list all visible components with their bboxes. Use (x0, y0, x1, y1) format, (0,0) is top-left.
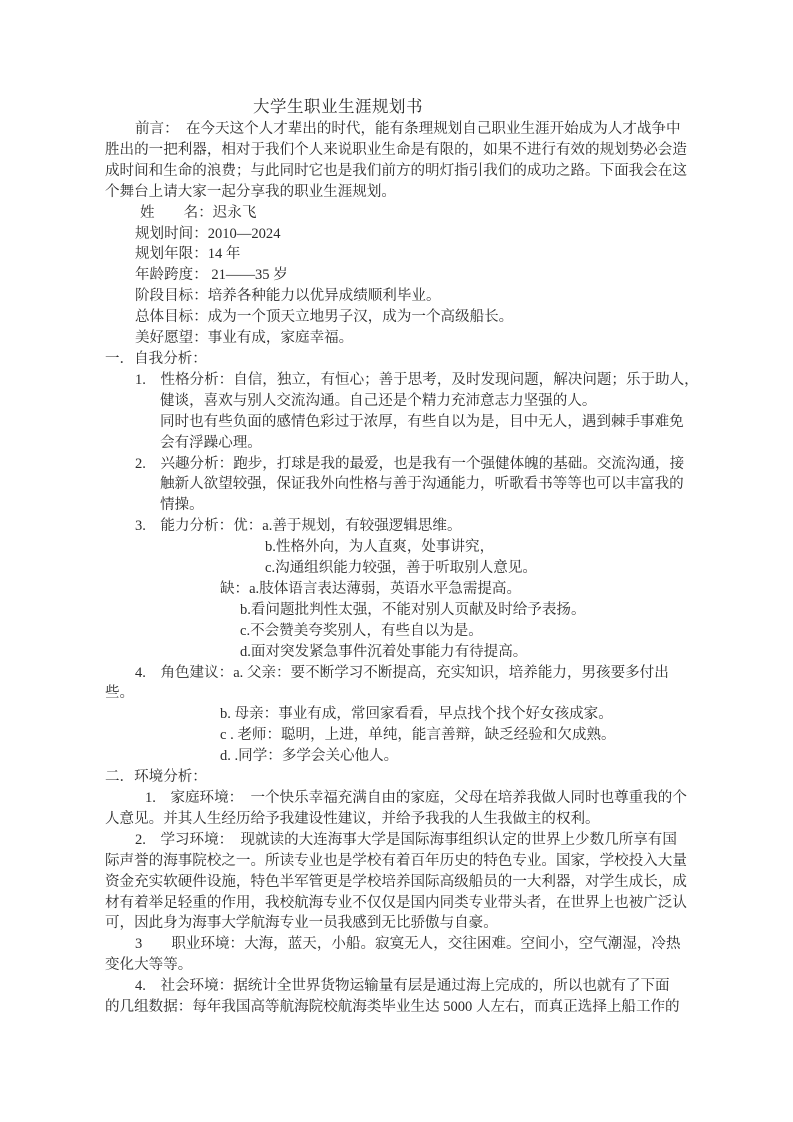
preface-line: 成时间和生命的浪费；与此同时它也是我们前方的明灯指引我们的成功之路。下面我会在这 (0, 161, 793, 182)
self-analysis-item-line: 情操。 (0, 495, 793, 516)
self-analysis-item-line: 触新人欲望较强，保证我外向性格与善于沟通能力，听歌看书等等也可以丰富我的 (0, 474, 793, 495)
stage-goal-line: 阶段目标：培养各种能力以优异成绩顺利毕业。 (0, 286, 793, 307)
ability-con-line: b.看问题批判性太强，不能对别人页献及时给予表扬。 (0, 600, 793, 621)
role-suggestion-line: 些。 (0, 683, 793, 704)
environment-item-line: 2. 学习环境： 现就读的大连海事大学是国际海事组织认定的世界上少数几所享有国 (0, 830, 793, 851)
self-analysis-item-line: 同时也有些负面的感情色彩过于浓厚，有些自以为是，目中无人，遇到棘手事难免 (0, 412, 793, 433)
environment-item-line: 3 职业环境：大海，蓝天，小船。寂寞无人，交往困难。空间小，空气潮湿，冷热 (0, 934, 793, 955)
environment-item-line: 材有着举足轻重的作用，我校航海专业不仅仅是国内同类专业带头者，在世界上也被广泛认 (0, 893, 793, 914)
ability-con-line: c.不会赞美夸奖别人，有些自以为是。 (0, 621, 793, 642)
ability-pro-line: c.沟通组织能力较强，善于听取别人意见。 (0, 558, 793, 579)
section-2-heading: 二．环境分析： (0, 767, 793, 788)
role-suggestion-line: c . 老师：聪明，上进，单纯，能言善辩，缺乏经验和欠成熟。 (0, 725, 793, 746)
section-1-heading: 一．自我分析： (0, 349, 793, 370)
environment-item-line: 4. 社会环境：据统计全世界货物运输量有层是通过海上完成的，所以也就有了下面 (0, 976, 793, 997)
environment-item-line: 人意见。并其人生经历给予我建设性建议，并给予我我的人生我做主的权利。 (0, 809, 793, 830)
preface-line: 前言： 在今天这个人才辈出的时代，能有条理规划自己职业生涯开始成为人才战争中 (0, 119, 793, 140)
ability-con-line: 缺：a.肢体语言表达薄弱，英语水平急需提高。 (0, 579, 793, 600)
self-analysis-item-line: 2. 兴趣分析：跑步，打球是我的最爱，也是我有一个强健体魄的基础。交流沟通，接 (0, 454, 793, 475)
self-analysis-item-line: 3. 能力分析：优：a.善于规划，有较强逻辑思维。 (0, 516, 793, 537)
preface-line: 个舞台上请大家一起分享我的职业生涯规划。 (0, 182, 793, 203)
document-title: 大学生职业生涯规划书 (0, 94, 793, 119)
environment-item-line: 的几组数据：每年我国高等航海院校航海类毕业生达 5000 人左右，而真正选择上船… (0, 997, 793, 1018)
document-page: 大学生职业生涯规划书 前言： 在今天这个人才辈出的时代，能有条理规划自己职业生涯… (0, 0, 793, 1122)
environment-item-line: 可，因此身为海事大学航海专业一员我感到无比骄傲与自豪。 (0, 913, 793, 934)
role-suggestion-line: d. .同学：多学会关心他人。 (0, 746, 793, 767)
age-span-line: 年龄跨度： 21——35 岁 (0, 265, 793, 286)
preface-line: 胜出的一把利器，相对于我们个人来说职业生命是有限的，如果不进行有效的规划势必会造 (0, 140, 793, 161)
document-body: 前言： 在今天这个人才辈出的时代，能有条理规划自己职业生涯开始成为人才战争中胜出… (0, 119, 793, 1018)
ability-pro-line: b.性格外向，为人直爽，处事讲究， (0, 537, 793, 558)
environment-item-line: 资金充实软硬件设施，特色半军管更是学校培养国际高级船员的一大利器，对学生成长，成 (0, 872, 793, 893)
self-analysis-item-line: 会有浮躁心理。 (0, 433, 793, 454)
name-line: 姓 名：迟永飞 (0, 203, 793, 224)
environment-item-line: 变化大等等。 (0, 955, 793, 976)
self-analysis-item-line: 健谈，喜欢与别人交流沟通。自己还是个精力充沛意志力坚强的人。 (0, 391, 793, 412)
self-analysis-item-line: 1. 性格分析：自信，独立，有恒心；善于思考，及时发现问题，解决问题；乐于助人， (0, 370, 793, 391)
role-suggestion-line: 4. 角色建议：a. 父亲：要不断学习不断提高，充实知识，培养能力，男孩要多付出 (0, 663, 793, 684)
wish-line: 美好愿望：事业有成，家庭幸福。 (0, 328, 793, 349)
role-suggestion-line: b. 母亲：事业有成，常回家看看，早点找个找个好女孩成家。 (0, 704, 793, 725)
ability-con-line: d.面对突发紧急事件沉着处事能力有待提高。 (0, 642, 793, 663)
plan-time-line: 规划时间：2010—2024 (0, 224, 793, 245)
environment-item-line: 际声誉的海事院校之一。所读专业也是学校有着百年历史的特色专业。国家，学校投入大量 (0, 851, 793, 872)
plan-years-line: 规划年限：14 年 (0, 244, 793, 265)
environment-item-line: 1. 家庭环境： 一个快乐幸福充满自由的家庭，父母在培养我做人同时也尊重我的个 (0, 788, 793, 809)
overall-goal-line: 总体目标：成为一个顶天立地男子汉，成为一个高级船长。 (0, 307, 793, 328)
